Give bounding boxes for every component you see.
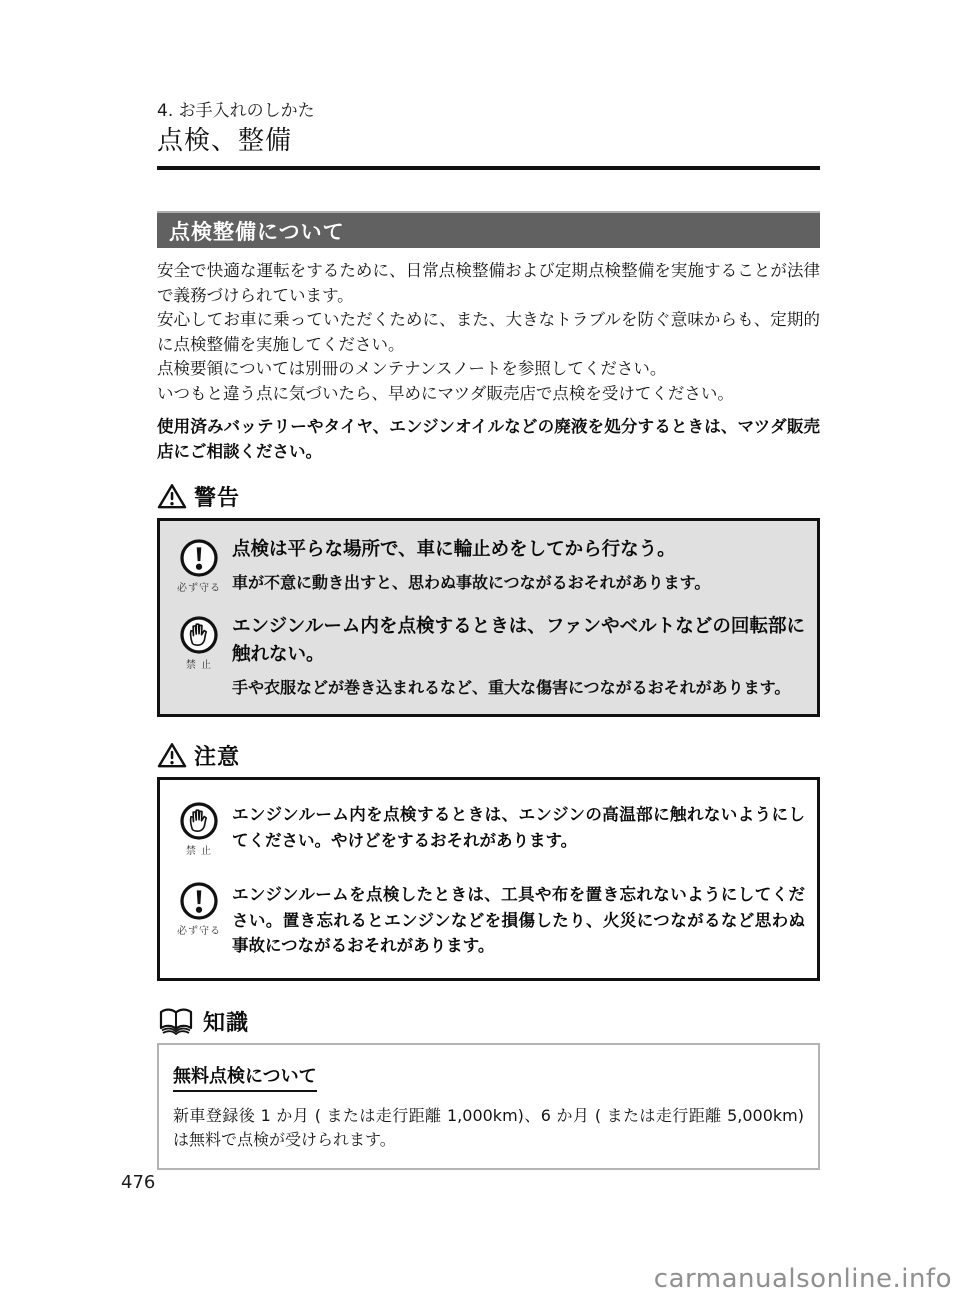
intro-sentence: 安全で快適な運転をするために、日常点検整備および定期点検整備を実施することが法律… (157, 259, 820, 308)
breadcrumb: 4. お手入れのしかた (157, 100, 820, 122)
knowledge-heading: 知識 (157, 1006, 820, 1037)
prohibition-icon-block: 禁 止 (166, 799, 232, 857)
warning-item: 禁 止 エンジンルーム内を点検するときは、ファンやベルトなどの回転部に触れない。… (166, 613, 807, 699)
warning-triangle-icon (157, 483, 187, 510)
book-icon (157, 1006, 195, 1036)
prohibition-icon (179, 801, 219, 841)
warning-item-title: 点検は平らな場所で、車に輪止めをしてから行なう。 (232, 536, 805, 564)
disposal-note: 使用済みバッテリーやタイヤ、エンジンオイルなどの廃液を処分するときは、マツダ販売… (157, 415, 820, 464)
section-heading-banner: 点検整備について (157, 211, 820, 248)
intro-sentence: 点検要領については別冊のメンテナンスノートを参照してください。 (157, 357, 820, 382)
warning-item-text: 点検は平らな場所で、車に輪止めをしてから行なう。 車が不意に動き出すと、思わぬ事… (232, 536, 807, 594)
knowledge-box: 無料点検について 新車登録後 1 か月 ( または走行距離 1,000km)、6… (157, 1043, 820, 1170)
warning-item-text: エンジンルーム内を点検するときは、ファンやベルトなどの回転部に触れない。 手や衣… (232, 613, 807, 699)
warning-item-title: エンジンルーム内を点検するときは、ファンやベルトなどの回転部に触れない。 (232, 613, 805, 669)
icon-label: 必ず守る (177, 922, 221, 937)
caution-item: 禁 止 エンジンルーム内を点検するときは、エンジンの高温部に触れないようにしてく… (166, 799, 807, 857)
mandatory-icon (179, 538, 219, 578)
warning-item-body: 車が不意に動き出すと、思わぬ事故につながるおそれがあります。 (232, 571, 805, 594)
page-title: 点検、整備 (157, 125, 820, 157)
mandatory-icon-block: 必ず守る (166, 879, 232, 937)
intro-sentence: いつもと違う点に気づいたら、早めにマツダ販売店で点検を受けてください。 (157, 382, 820, 407)
prohibition-icon-block: 禁 止 (166, 613, 232, 671)
caution-item-body: エンジンルームを点検したときは、工具や布を置き忘れないようにしてください。置き忘… (232, 879, 805, 959)
intro-paragraph: 安全で快適な運転をするために、日常点検整備および定期点検整備を実施することが法律… (157, 259, 820, 406)
knowledge-body: 新車登録後 1 か月 ( または走行距離 1,000km)、6 か月 ( または… (173, 1104, 804, 1152)
caution-triangle-icon (157, 742, 187, 769)
mandatory-icon (179, 881, 219, 921)
section-heading: 点検整備について (169, 216, 345, 246)
caution-box: 禁 止 エンジンルーム内を点検するときは、エンジンの高温部に触れないようにしてく… (157, 777, 820, 981)
caution-item-text: エンジンルーム内を点検するときは、エンジンの高温部に触れないようにしてください。… (232, 799, 807, 853)
icon-label: 禁 止 (186, 842, 212, 857)
mandatory-icon-block: 必ず守る (166, 536, 232, 594)
title-divider (157, 166, 820, 170)
icon-label: 禁 止 (186, 656, 212, 671)
manual-page-content: 4. お手入れのしかた 点検、整備 点検整備について 安全で快適な運転をするため… (157, 0, 820, 1170)
warning-item: 必ず守る 点検は平らな場所で、車に輪止めをしてから行なう。 車が不意に動き出すと… (166, 536, 807, 594)
intro-sentence: 安心してお車に乗っていただくために、また、大きなトラブルを防ぐ意味からも、定期的… (157, 308, 820, 357)
knowledge-title: 無料点検について (173, 1062, 317, 1092)
watermark: carmanualsonline.info (654, 1264, 952, 1294)
caution-item-body: エンジンルーム内を点検するときは、エンジンの高温部に触れないようにしてください。… (232, 799, 805, 853)
page-number: 476 (121, 1172, 155, 1193)
warning-heading-label: 警告 (194, 481, 240, 512)
knowledge-heading-label: 知識 (203, 1006, 249, 1037)
caution-item: 必ず守る エンジンルームを点検したときは、工具や布を置き忘れないようにしてくださ… (166, 879, 807, 959)
prohibition-icon (179, 615, 219, 655)
caution-heading: 注意 (157, 740, 820, 771)
warning-box: 必ず守る 点検は平らな場所で、車に輪止めをしてから行なう。 車が不意に動き出すと… (157, 518, 820, 717)
warning-heading: 警告 (157, 481, 820, 512)
caution-item-text: エンジンルームを点検したときは、工具や布を置き忘れないようにしてください。置き忘… (232, 879, 807, 959)
caution-heading-label: 注意 (194, 740, 240, 771)
icon-label: 必ず守る (177, 579, 221, 594)
warning-item-body: 手や衣服などが巻き込まれるなど、重大な傷害につながるおそれがあります。 (232, 676, 805, 699)
